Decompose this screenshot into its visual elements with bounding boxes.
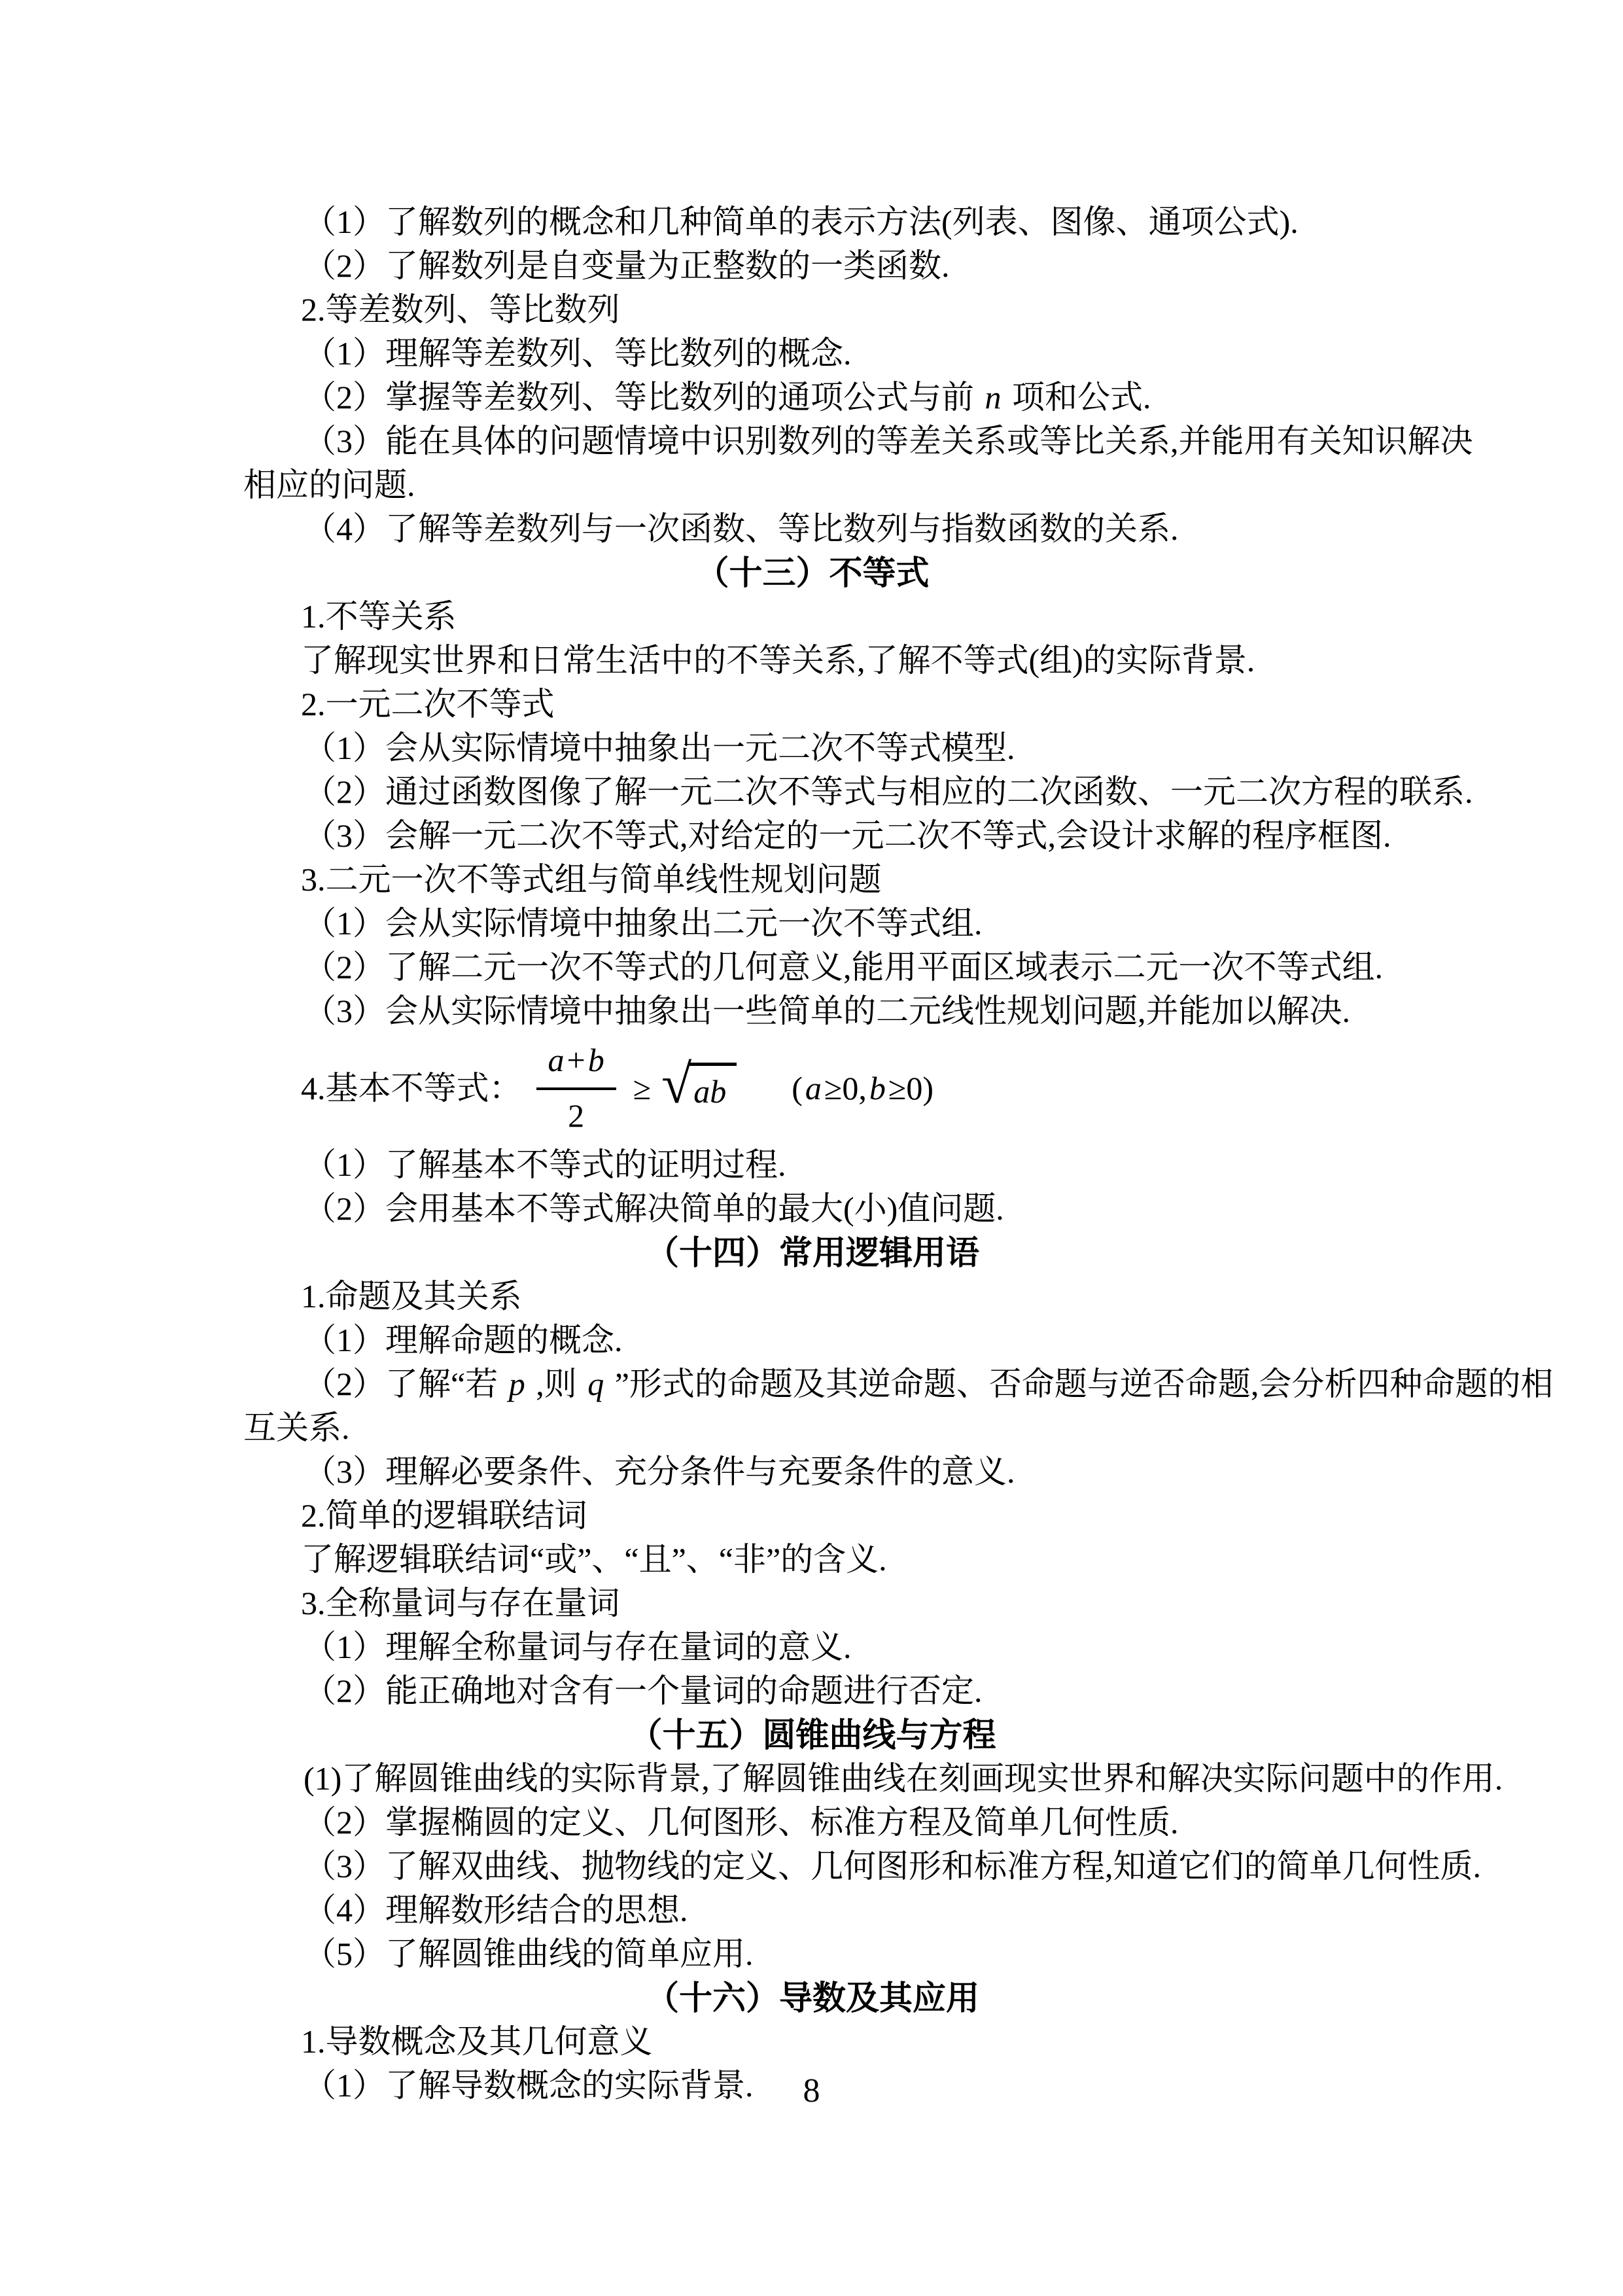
formula-prefix: 4.基本不等式： bbox=[301, 1067, 522, 1110]
text-segment: （5）了解圆锥曲线的简单应用. bbox=[304, 1935, 754, 1972]
text-segment: （1）了解基本不等式的证明过程. bbox=[304, 1146, 786, 1183]
requirement-item: （2）能正确地对含有一个量词的命题进行否定. bbox=[243, 1669, 1382, 1713]
text-segment: 2.简单的逻辑联结词 bbox=[301, 1497, 587, 1534]
requirement-item: (1)了解圆锥曲线的实际背景,了解圆锥曲线在刻画现实世界和解决实际问题中的作用. bbox=[243, 1757, 1382, 1801]
math-variable: n bbox=[983, 379, 1004, 415]
text-segment: + bbox=[567, 1042, 585, 1078]
text-segment: （1）理解全称量词与存在量词的意义. bbox=[304, 1629, 852, 1665]
text-segment: （十三）不等式 bbox=[695, 554, 929, 592]
text-segment: （3）能在具体的问题情境中识别数列的等差关系或等比关系,并能用有关知识解决 bbox=[304, 423, 1473, 459]
requirement-item: （4）理解数形结合的思想. bbox=[243, 1888, 1382, 1932]
fraction-numerator: a+b bbox=[536, 1038, 616, 1090]
math-variable: ab bbox=[691, 1073, 729, 1110]
text-segment: （2）了解“若 bbox=[304, 1366, 506, 1402]
section-heading: （十四）常用逻辑用语 bbox=[243, 1231, 1382, 1275]
text-segment: 3.二元一次不等式组与简单线性规划问题 bbox=[301, 861, 882, 898]
text-segment: （十五）圆锥曲线与方程 bbox=[629, 1716, 996, 1754]
math-variable: q bbox=[585, 1366, 606, 1402]
text-segment: （2）了解二元一次不等式的几何意义,能用平面区域表示二元一次不等式组. bbox=[304, 949, 1383, 985]
text-segment: 3.全称量词与存在量词 bbox=[301, 1585, 620, 1621]
section-heading: （十五）圆锥曲线与方程 bbox=[243, 1713, 1382, 1757]
math-variable: p bbox=[506, 1366, 528, 1402]
fraction: a+b2 bbox=[536, 1038, 616, 1138]
text-segment: （3）会从实际情境中抽象出一些简单的二元线性规划问题,并能加以解决. bbox=[304, 993, 1350, 1029]
text-segment: 1.命题及其关系 bbox=[301, 1278, 522, 1315]
fraction-denominator: 2 bbox=[568, 1090, 584, 1138]
requirement-item: （3）能在具体的问题情境中识别数列的等差关系或等比关系,并能用有关知识解决 bbox=[243, 419, 1382, 463]
text-segment: （3）会解一元二次不等式,对给定的一元二次不等式,会设计求解的程序框图. bbox=[304, 817, 1391, 854]
requirement-item: （1）了解数列的概念和几种简单的表示方法(列表、图像、通项公式). bbox=[243, 200, 1382, 244]
text-segment: （1）了解数列的概念和几种简单的表示方法(列表、图像、通项公式). bbox=[304, 203, 1299, 240]
text-segment: （2）了解数列是自变量为正整数的一类函数. bbox=[304, 247, 950, 284]
text-segment: （2）能正确地对含有一个量词的命题进行否定. bbox=[304, 1672, 983, 1709]
requirement-item: （2）会用基本不等式解决简单的最大(小)值问题. bbox=[243, 1187, 1382, 1231]
requirement-item: （2）了解数列是自变量为正整数的一类函数. bbox=[243, 244, 1382, 288]
math-variable: a bbox=[803, 1070, 824, 1106]
requirement-item: （1）理解等差数列、等比数列的概念. bbox=[243, 332, 1382, 376]
document-page: （1）了解数列的概念和几种简单的表示方法(列表、图像、通项公式).（2）了解数列… bbox=[0, 0, 1623, 2296]
text-segment: 2.等差数列、等比数列 bbox=[301, 291, 620, 328]
requirement-item: （1）了解基本不等式的证明过程. bbox=[243, 1143, 1382, 1187]
text-segment: (1)了解圆锥曲线的实际背景,了解圆锥曲线在刻画现实世界和解决实际问题中的作用. bbox=[304, 1760, 1503, 1797]
section-heading: （十三）不等式 bbox=[243, 551, 1382, 595]
text-segment: （4）了解等差数列与一次函数、等比数列与指数函数的关系. bbox=[304, 510, 1179, 547]
radicand: ab bbox=[688, 1063, 737, 1114]
text-segment: 项和公式. bbox=[1004, 379, 1151, 415]
section-heading: （十六）导数及其应用 bbox=[243, 1976, 1382, 2020]
text-segment: （十六）导数及其应用 bbox=[646, 1979, 979, 2017]
requirement-item: （3）理解必要条件、充分条件与充要条件的意义. bbox=[243, 1450, 1382, 1494]
text-segment: （3）了解双曲线、抛物线的定义、几何图形和标准方程,知道它们的简单几何性质. bbox=[304, 1848, 1481, 1884]
continuation-line: 互关系. bbox=[243, 1406, 1382, 1450]
topic-line: 了解逻辑联结词“或”、“且”、“非”的含义. bbox=[243, 1538, 1382, 1581]
text-segment: （2）掌握等差数列、等比数列的通项公式与前 bbox=[304, 379, 983, 415]
requirement-item: （2）通过函数图像了解一元二次不等式与相应的二次函数、一元二次方程的联系. bbox=[243, 770, 1382, 814]
topic-line: 3.全称量词与存在量词 bbox=[243, 1581, 1382, 1625]
text-segment: （3）理解必要条件、充分条件与充要条件的意义. bbox=[304, 1453, 1015, 1490]
text-segment: （2）通过函数图像了解一元二次不等式与相应的二次函数、一元二次方程的联系. bbox=[304, 773, 1473, 810]
requirement-item: （2）掌握等差数列、等比数列的通项公式与前 n 项和公式. bbox=[243, 376, 1382, 419]
requirement-item: （3）了解双曲线、抛物线的定义、几何图形和标准方程,知道它们的简单几何性质. bbox=[243, 1845, 1382, 1888]
text-segment: 了解现实世界和日常生活中的不等关系,了解不等式(组)的实际背景. bbox=[301, 642, 1255, 679]
text-segment: 互关系. bbox=[243, 1409, 350, 1446]
text-segment: （1）理解命题的概念. bbox=[304, 1322, 623, 1358]
text-segment: （1）会从实际情境中抽象出一元二次不等式模型. bbox=[304, 730, 1015, 766]
geq-symbol: ≥ bbox=[633, 1067, 651, 1110]
square-root: √ab bbox=[661, 1063, 737, 1114]
text-segment: 2.一元二次不等式 bbox=[301, 686, 555, 722]
requirement-item: （1）会从实际情境中抽象出一元二次不等式模型. bbox=[243, 726, 1382, 770]
requirement-item: （4）了解等差数列与一次函数、等比数列与指数函数的关系. bbox=[243, 507, 1382, 551]
requirement-item: （1）会从实际情境中抽象出二元一次不等式组. bbox=[243, 902, 1382, 945]
topic-line: 1.命题及其关系 bbox=[243, 1275, 1382, 1318]
topic-line: 2.等差数列、等比数列 bbox=[243, 288, 1382, 332]
requirement-item: （2）掌握椭圆的定义、几何图形、标准方程及简单几何性质. bbox=[243, 1801, 1382, 1845]
page-number: 8 bbox=[0, 2069, 1623, 2113]
text-segment: （1）会从实际情境中抽象出二元一次不等式组. bbox=[304, 905, 983, 942]
text-segment: 了解逻辑联结词“或”、“且”、“非”的含义. bbox=[301, 1541, 887, 1578]
text-segment: ≥0) bbox=[888, 1070, 934, 1106]
text-segment: ( bbox=[792, 1070, 803, 1106]
continuation-line: 相应的问题. bbox=[243, 463, 1382, 507]
requirement-item: （1）理解全称量词与存在量词的意义. bbox=[243, 1625, 1382, 1669]
requirement-item: （3）会从实际情境中抽象出一些简单的二元线性规划问题,并能加以解决. bbox=[243, 989, 1382, 1033]
requirement-item: （5）了解圆锥曲线的简单应用. bbox=[243, 1932, 1382, 1976]
text-segment: （十四）常用逻辑用语 bbox=[646, 1234, 979, 1271]
math-variable: b bbox=[585, 1042, 607, 1078]
requirement-item: （2）了解二元一次不等式的几何意义,能用平面区域表示二元一次不等式组. bbox=[243, 945, 1382, 989]
text-segment: （1）理解等差数列、等比数列的概念. bbox=[304, 335, 852, 372]
requirement-item: （2）了解“若 p ,则 q ”形式的命题及其逆命题、否命题与逆否命题,会分析四… bbox=[243, 1362, 1382, 1406]
text-segment: 1.导数概念及其几何意义 bbox=[301, 2023, 653, 2060]
math-variable: b bbox=[867, 1070, 888, 1106]
text-segment: ”形式的命题及其逆命题、否命题与逆否命题,会分析四种命题的相 bbox=[606, 1366, 1553, 1402]
text-segment: （4）理解数形结合的思想. bbox=[304, 1892, 688, 1928]
topic-line: 3.二元一次不等式组与简单线性规划问题 bbox=[243, 858, 1382, 902]
requirement-item: （1）理解命题的概念. bbox=[243, 1318, 1382, 1362]
formula-line: 4.基本不等式：a+b2≥√ab(a≥0,b≥0) bbox=[243, 1033, 1382, 1143]
math-variable: a bbox=[546, 1042, 567, 1078]
topic-line: 2.简单的逻辑联结词 bbox=[243, 1494, 1382, 1538]
document-body: （1）了解数列的概念和几种简单的表示方法(列表、图像、通项公式).（2）了解数列… bbox=[243, 200, 1382, 2108]
topic-line: 2.一元二次不等式 bbox=[243, 682, 1382, 726]
topic-line: 了解现实世界和日常生活中的不等关系,了解不等式(组)的实际背景. bbox=[243, 639, 1382, 682]
text-segment: ≥0, bbox=[824, 1070, 867, 1106]
requirement-item: （3）会解一元二次不等式,对给定的一元二次不等式,会设计求解的程序框图. bbox=[243, 814, 1382, 858]
text-segment: （2）掌握椭圆的定义、几何图形、标准方程及简单几何性质. bbox=[304, 1804, 1179, 1841]
topic-line: 1.不等关系 bbox=[243, 595, 1382, 639]
radical-icon: √ bbox=[661, 1063, 691, 1108]
formula-condition: (a≥0,b≥0) bbox=[792, 1067, 934, 1110]
topic-line: 1.导数概念及其几何意义 bbox=[243, 2020, 1382, 2064]
text-segment: ,则 bbox=[528, 1366, 585, 1402]
text-segment: 1.不等关系 bbox=[301, 598, 457, 635]
text-segment: （2）会用基本不等式解决简单的最大(小)值问题. bbox=[304, 1190, 1004, 1227]
text-segment: 相应的问题. bbox=[243, 467, 415, 503]
